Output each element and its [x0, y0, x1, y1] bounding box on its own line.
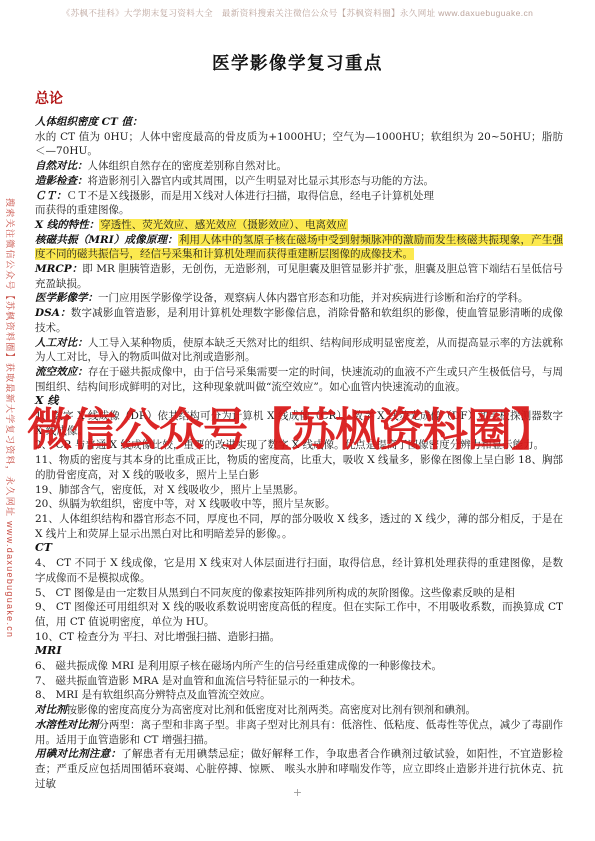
term-label: 核磁共振（MRI）成像原理： — [35, 234, 178, 246]
paragraph: 5、 CT 图像是由一定数目从黑到白不同灰度的像素按矩阵排列所构成的灰阶图像。这… — [35, 586, 563, 601]
paragraph: ＣＴ：ＣＴ不是Ｘ线摄影，而是用Ｘ线对人体进行扫描，取得信息，经电子计算机处理 而… — [35, 189, 563, 218]
term-label: 人工对比： — [35, 337, 88, 349]
paragraph: X 线的特性：穿透性、荧光效应、感光效应（摄影效应）、电离效应 — [35, 218, 563, 233]
term-label: 造影检查： — [35, 175, 88, 187]
paragraph-text: 21、人体组织结构和器官形态不同，厚度也不同，厚的部分吸收 X 线多，透过的 X… — [35, 513, 566, 540]
paragraph: 人体组织密度 CT 值：水的 CT 值为 0HU；人体中密度最高的骨皮质为+10… — [35, 115, 563, 159]
paragraph-text: 水的 CT 值为 0HU；人体中密度最高的骨皮质为+1000HU；空气为—100… — [35, 131, 563, 158]
paragraph: MRCP：即 MR 胆胰管造影，无创伤，无造影剂，可见胆囊及胆管显影并扩张，胆囊… — [35, 262, 563, 291]
paragraph-text: 11、物质的密度与其本身的比重成正比，物质的密度高，比重大，吸收 X 线量多，影… — [35, 454, 563, 481]
paragraph-text: 6、 磁共振成像 MRI 是利用原子核在磁场内所产生的信号经重建成像的一种影像技… — [35, 660, 442, 672]
paragraph-text: 穿透性、荧光效应、感光效应（摄影效应）、电离效应 — [99, 219, 348, 231]
paragraph: 水溶性对比剂分两型：离子型和非离子型。非离子型对比剂具有：低溶性、低粘度、低毒性… — [35, 718, 563, 747]
paragraph: 自然对比：人体组织自然存在的密度差别称自然对比。 — [35, 159, 563, 174]
term-label: 对比剂 — [35, 704, 67, 716]
paragraph-text: 19、肺部含气，密度低，对 X 线吸收少，照片上呈黑影。 — [35, 484, 304, 496]
paragraph: 8、 MRI 是有软组织高分辨特点及血管流空效应。 — [35, 688, 563, 703]
term-label: 水溶性对比剂 — [35, 719, 98, 731]
paragraph-text: 2、 CR 与普通 X 线成像比较，重要的改进实现了数字 X 线成像。优点是提高… — [35, 439, 544, 451]
paragraph-text: 7、 磁共振血管造影 MRA 是对血管和血流信号特征显示的一种技术。 — [35, 675, 361, 687]
term-label: 用碘对比剂注意： — [35, 748, 121, 760]
paragraph-text: 10、CT 检查分为 平扫、对比增强扫描、造影扫描。 — [35, 631, 280, 643]
term-label: 流空效应： — [35, 366, 88, 378]
paragraph-text: ＣＴ不是Ｘ线摄影，而是用Ｘ线对人体进行扫描，取得信息，经电子计算机处理 而获得的… — [35, 190, 434, 217]
paragraph: 4、 CT 不同于 X 线成像，它是用 X 线束对人体层面进行扫面，取得信息，经… — [35, 556, 563, 585]
paragraph-text: 数字减影血管造影，是利用计算机处理数字影像信息，消除骨骼和软组织的影像，使血管显… — [35, 307, 563, 334]
paragraph: DSA：数字减影血管造影，是利用计算机处理数字影像信息，消除骨骼和软组织的影像，… — [35, 306, 563, 335]
paragraph-text: 一门应用医学影像学设备，观察病人体内器官形态和功能，并对疾病进行诊断和治疗的学科… — [98, 292, 529, 304]
paragraph-text: 人工导入某种物质，使原本缺乏天然对比的组织、结构间形成明显密度差，从而提高显示率… — [35, 337, 563, 364]
paragraph: 医学影像学：一门应用医学影像学设备，观察病人体内器官形态和功能，并对疾病进行诊断… — [35, 291, 563, 306]
term-label: 人体组织密度 CT 值： — [35, 116, 142, 128]
paragraph-text: 9、 CT 图像还可用组织对 X 线的吸收系数说明密度高低的程度。但在实际工作中… — [35, 601, 566, 628]
term-label: X 线的特性： — [35, 219, 99, 231]
term-label: 自然对比： — [35, 160, 88, 172]
watermark-left-vertical-text: 搜索关注微信公众号【苏枫资料圈】获取最新大学复习资料，永久网址 www.daxu… — [4, 198, 17, 638]
subsection-heading: CT — [35, 541, 563, 556]
paragraph: 2、 CR 与普通 X 线成像比较，重要的改进实现了数字 X 线成像。优点是提高… — [35, 438, 563, 453]
paragraph-text: 人体组织自然存在的密度差别称自然对比。 — [88, 160, 288, 172]
paragraph: 10、CT 检查分为 平扫、对比增强扫描、造影扫描。 — [35, 630, 563, 645]
term-label: ＣＴ： — [35, 190, 67, 202]
paragraph-text: 按影像的密度高度分为高密度对比剂和低密度对比剂两类。高密度对比剂有钡剂和碘剂。 — [67, 704, 477, 716]
paragraph: 11、物质的密度与其本身的比重成正比，物质的密度高，比重大，吸收 X 线量多，影… — [35, 453, 563, 482]
paragraph: 流空效应：存在于磁共振成像中，由于信号采集需要一定的时间，快速流动的血液不产生或… — [35, 365, 563, 394]
term-label: DSA： — [35, 307, 71, 319]
paragraph: 造影检查：将造影剂引入器官内或其周围，以产生明显对比显示其形态与功能的方法。 — [35, 174, 563, 189]
paragraph: 19、肺部含气，密度低，对 X 线吸收少，照片上呈黑影。 — [35, 483, 563, 498]
paragraph: 21、人体组织结构和器官形态不同，厚度也不同，厚的部分吸收 X 线多，透过的 X… — [35, 512, 563, 541]
term-label: 医学影像学： — [35, 292, 98, 304]
paragraph: 6、 磁共振成像 MRI 是利用原子核在磁场内所产生的信号经重建成像的一种影像技… — [35, 659, 563, 674]
paragraph-text: 将造影剂引入器官内或其周围，以产生明显对比显示其形态与功能的方法。 — [88, 175, 435, 187]
highlighted-text: 穿透性、荧光效应、感光效应（摄影效应）、电离效应 — [99, 219, 348, 231]
subsection-heading: MRI — [35, 644, 563, 659]
section-heading: 总论 — [35, 88, 563, 108]
paragraph: 7、 磁共振血管造影 MRA 是对血管和血流信号特征显示的一种技术。 — [35, 674, 563, 689]
paragraph-text: 5、 CT 图像是由一定数目从黑到白不同灰度的像素按矩阵排列所构成的灰阶图像。这… — [35, 587, 515, 599]
paragraph-text: 8、 MRI 是有软组织高分辨特点及血管流空效应。 — [35, 689, 271, 701]
paragraph: 1、数字 X 线成像（DR）依其结构可分为计算机 X 线成像（CR）、数字 X … — [35, 409, 563, 438]
paragraph: 用碘对比剂注意：了解患者有无用碘禁忌症；做好解释工作，争取患者合作碘剂过敏试验，… — [35, 747, 563, 791]
term-label: MRCP： — [35, 263, 82, 275]
document-page: 《苏枫不挂科》大学期末复习资料大全 最新资料搜索关注微信公众号【苏枫资料圈】永久… — [0, 0, 595, 841]
page-footer-mark: + — [0, 786, 595, 799]
subsection-heading: X 线 — [35, 394, 563, 409]
paragraph-text: 1、数字 X 线成像（DR）依其结构可分为计算机 X 线成像（CR）、数字 X … — [35, 410, 566, 437]
paragraph: 20、纵膈为软组织，密度中等，对 X 线吸收中等，照片呈灰影。 — [35, 497, 563, 512]
paragraph-text: 分两型：离子型和非离子型。非离子型对比剂具有：低溶性、低粘度、低毒性等优点，减少… — [35, 719, 563, 746]
paragraph-text: 20、纵膈为软组织，密度中等，对 X 线吸收中等，照片呈灰影。 — [35, 498, 336, 510]
paragraph: 核磁共振（MRI）成像原理：利用人体中的氢原子核在磁场中受到射频脉冲的激励而发生… — [35, 233, 563, 262]
promo-header: 《苏枫不挂科》大学期末复习资料大全 最新资料搜索关注微信公众号【苏枫资料圈】永久… — [0, 7, 595, 19]
document-body: 总论人体组织密度 CT 值：水的 CT 值为 0HU；人体中密度最高的骨皮质为+… — [35, 88, 563, 791]
paragraph-text: 即 MR 胆胰管造影，无创伤，无造影剂，可见胆囊及胆管显影并扩张，胆囊及胆总管下… — [35, 263, 563, 290]
paragraph-text: 4、 CT 不同于 X 线成像，它是用 X 线束对人体层面进行扫面，取得信息，经… — [35, 557, 563, 584]
paragraph: 人工对比：人工导入某种物质，使原本缺乏天然对比的组织、结构间形成明显密度差，从而… — [35, 336, 563, 365]
paragraph: 9、 CT 图像还可用组织对 X 线的吸收系数说明密度高低的程度。但在实际工作中… — [35, 600, 563, 629]
page-title: 医学影像学复习重点 — [0, 50, 595, 75]
paragraph: 对比剂按影像的密度高度分为高密度对比剂和低密度对比剂两类。高密度对比剂有钡剂和碘… — [35, 703, 563, 718]
paragraph-text: 存在于磁共振成像中，由于信号采集需要一定的时间，快速流动的血液不产生或只产生极低… — [35, 366, 563, 393]
